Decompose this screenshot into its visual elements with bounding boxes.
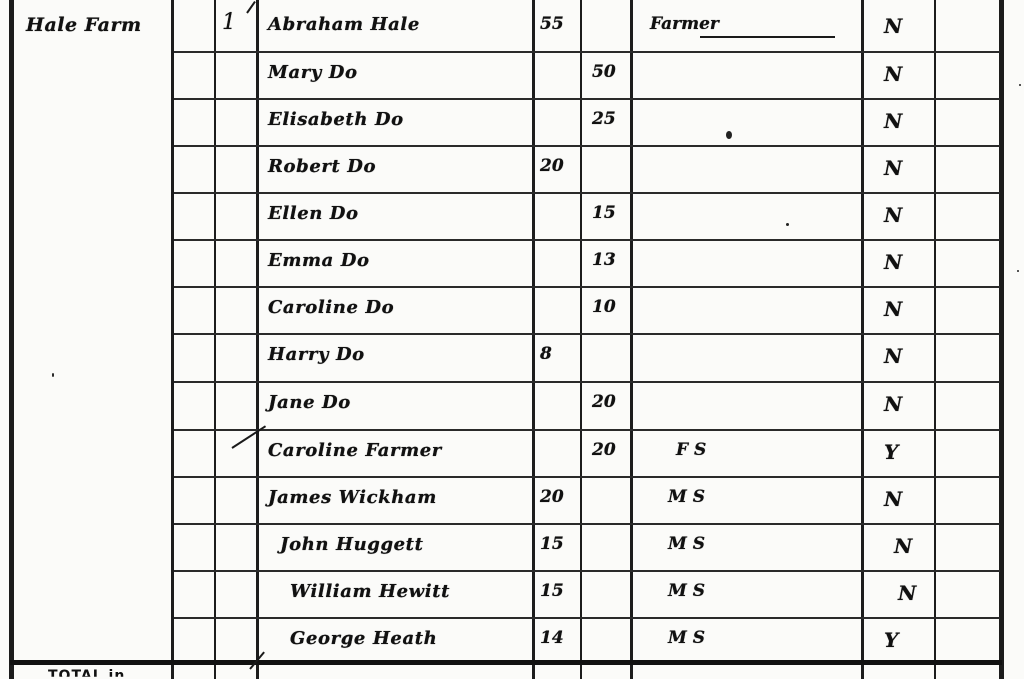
age-male: 55: [540, 14, 564, 34]
born-in-county: Y: [884, 440, 898, 464]
row-rule: [174, 476, 1000, 478]
born-in-county: N: [884, 14, 902, 38]
occupation-column-rule: [861, 0, 864, 679]
schedule-number: 1: [222, 10, 236, 35]
age-female: 15: [592, 203, 616, 223]
place-column-rule: [171, 0, 174, 679]
row-rule: [174, 51, 1000, 53]
person-name: Emma Do: [268, 250, 370, 271]
age-female: 50: [592, 62, 616, 82]
row-rule: [174, 570, 1000, 572]
person-name: Elisabeth Do: [268, 109, 404, 130]
place-name: Hale Farm: [26, 14, 142, 36]
born-in-county: N: [884, 62, 902, 86]
age-female: 20: [592, 440, 616, 460]
age-female: 25: [592, 109, 616, 129]
age-female: 20: [592, 392, 616, 412]
age-divider-rule: [580, 0, 582, 679]
occupation: M S: [668, 487, 705, 507]
person-name: Caroline Do: [268, 297, 394, 318]
occupation: F S: [676, 440, 706, 460]
age-male: 20: [540, 487, 564, 507]
totals-separator: [10, 660, 1002, 665]
row-rule: [174, 192, 1000, 194]
occupation: M S: [668, 534, 705, 554]
row-rule: [174, 523, 1000, 525]
age-female: 10: [592, 297, 616, 317]
occupation: M S: [668, 628, 705, 648]
occupation: Farmer: [650, 14, 719, 34]
age-male: 14: [540, 628, 564, 648]
person-name: Harry Do: [268, 344, 365, 365]
born-in-county: Y: [884, 628, 898, 652]
names-column-rule: [532, 0, 535, 679]
person-name: Ellen Do: [268, 203, 359, 224]
born-in-county: N: [894, 534, 912, 558]
person-name: James Wickham: [268, 487, 437, 508]
person-name: George Heath: [290, 628, 437, 649]
row-rule: [174, 239, 1000, 241]
born-in-county: N: [884, 156, 902, 180]
census-page: Hale Farm 1 Abraham Hale55FarmerNMary Do…: [0, 0, 1024, 679]
ink-speck: [52, 373, 54, 377]
born-in-county: N: [884, 109, 902, 133]
ink-speck: [1017, 270, 1019, 272]
row-rule: [174, 98, 1000, 100]
row-rule: [174, 145, 1000, 147]
occupation: M S: [668, 581, 705, 601]
born-in-county: N: [884, 487, 902, 511]
age-male: 20: [540, 156, 564, 176]
houses-divider-rule: [214, 0, 216, 679]
person-name: William Hewitt: [290, 581, 450, 602]
age-male: 8: [540, 344, 552, 364]
person-name: Abraham Hale: [268, 14, 420, 35]
ink-blot: [726, 131, 732, 139]
ages-column-rule: [630, 0, 633, 679]
age-female: 13: [592, 250, 616, 270]
row-rule: [174, 429, 1000, 431]
houses-column-rule: [256, 0, 259, 679]
totals-label: TOTAL in: [48, 668, 125, 679]
right-border: [999, 0, 1004, 679]
ink-speck: [786, 223, 789, 226]
left-border: [9, 0, 14, 679]
born-in-county: N: [884, 344, 902, 368]
person-name: Mary Do: [268, 62, 358, 83]
born-in-county: N: [884, 250, 902, 274]
ink-speck: [1019, 84, 1021, 86]
row-rule: [174, 286, 1000, 288]
row-rule: [174, 333, 1000, 335]
born-in-county: N: [884, 297, 902, 321]
person-name: Caroline Farmer: [268, 440, 442, 461]
age-male: 15: [540, 581, 564, 601]
row-rule: [174, 617, 1000, 619]
age-male: 15: [540, 534, 564, 554]
born-divider-rule: [934, 0, 936, 679]
schedule-tick-mark: [246, 1, 256, 14]
born-in-county: N: [884, 203, 902, 227]
born-in-county: N: [884, 392, 902, 416]
born-in-county: N: [898, 581, 916, 605]
row-rule: [174, 381, 1000, 383]
person-name: Robert Do: [268, 156, 376, 177]
occupation-underline: [700, 36, 835, 38]
person-name: John Huggett: [280, 534, 424, 555]
person-name: Jane Do: [268, 392, 351, 413]
